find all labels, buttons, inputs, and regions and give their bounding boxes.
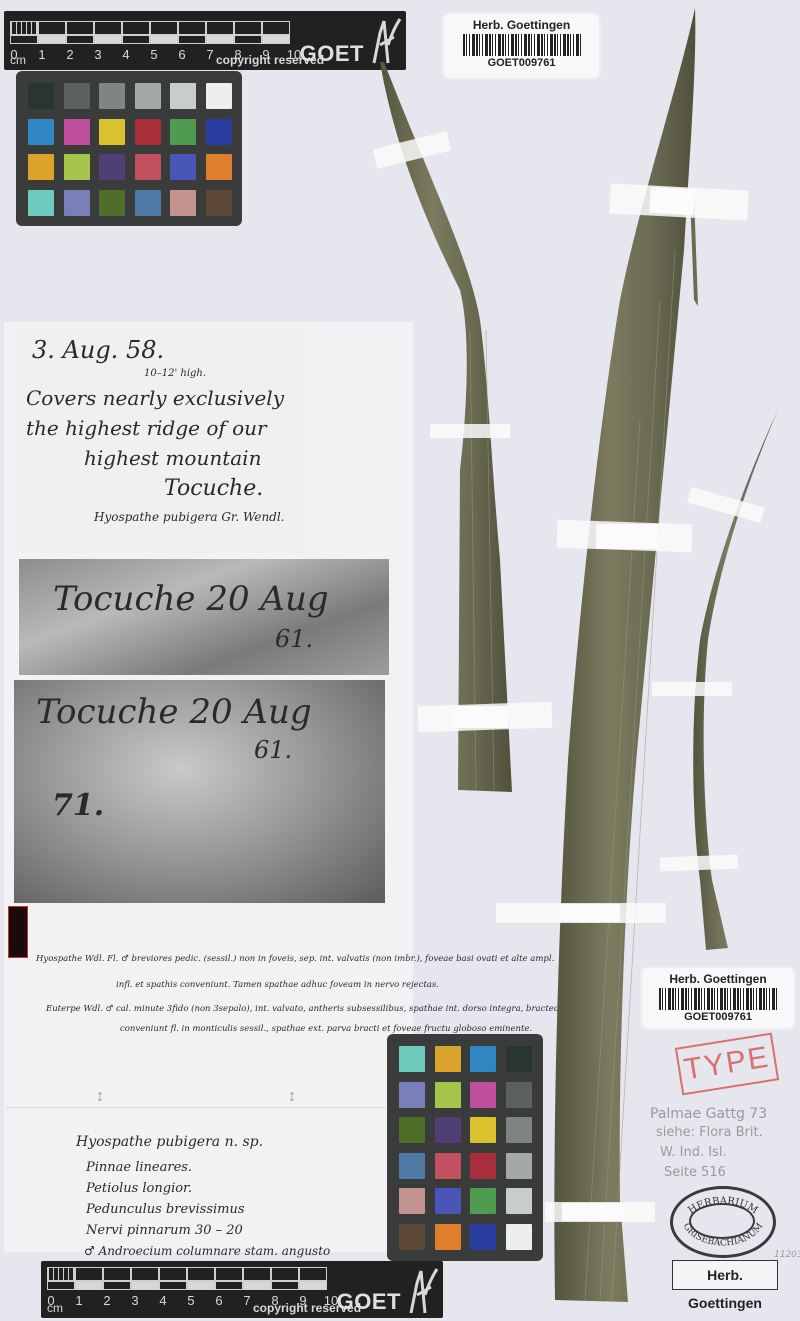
pencil-note: siehe: Flora Brit. — [656, 1125, 763, 1140]
accession-number: 11203 — [774, 1250, 800, 1260]
institution-name: Herb. Goettingen — [642, 968, 794, 986]
tape-strip — [430, 424, 510, 438]
tape-strip — [660, 855, 738, 872]
barcode-label-bottom: Herb. Goettingen GOET009761 — [642, 968, 794, 1028]
pencil-note: Palmae Gattg 73 — [650, 1106, 767, 1122]
svg-text:GRISEBACHIANUM: GRISEBACHIANUM — [681, 1222, 766, 1249]
tape-strip — [652, 682, 732, 696]
svg-text:HERBARIUM: HERBARIUM — [686, 1196, 759, 1217]
tape-strip — [454, 706, 508, 728]
specimen-id: GOET009761 — [642, 1011, 794, 1023]
pencil-note: Seite 516 — [664, 1165, 726, 1180]
tape-strip — [596, 524, 658, 549]
stamp-text: HERBARIUM GRISEBACHIANUM — [670, 1186, 776, 1258]
tape-strip — [562, 1203, 624, 1221]
herbarium-box-label: Herb. Goettingen — [672, 1260, 778, 1290]
pencil-note: W. Ind. Isl. — [660, 1145, 727, 1160]
barcode — [659, 988, 777, 1010]
tape-strip — [560, 904, 620, 922]
tape-strip — [649, 187, 694, 215]
herbarium-stamp: HERBARIUM GRISEBACHIANUM — [670, 1186, 776, 1258]
